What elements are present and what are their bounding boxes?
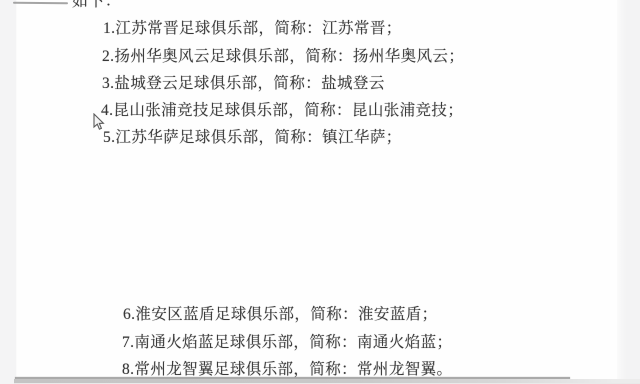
- intro-text: 如下：: [72, 0, 121, 10]
- list-item-3: 3.盐城登云足球俱乐部，简称：盐城登云: [102, 75, 385, 92]
- table-border-fragment: [13, 2, 68, 4]
- mouse-cursor-icon: [92, 113, 105, 131]
- list-item-2: 2.扬州华奥风云足球俱乐部，简称：扬州华奥风云；: [102, 48, 464, 65]
- document-viewer: 如下： 1.江苏常晋足球俱乐部，简称：江苏常晋； 2.扬州华奥风云足球俱乐部，简…: [0, 0, 640, 384]
- list-item-1: 1.江苏常晋足球俱乐部，简称：江苏常晋；: [103, 20, 402, 37]
- list-item-7: 7.南通火焰蓝足球俱乐部，简称：南通火焰蓝；: [122, 334, 452, 351]
- page-margin-right: [617, 0, 640, 384]
- page-margin-left: [0, 0, 17, 384]
- list-item-6: 6.淮安区蓝盾足球俱乐部，简称：淮安蓝盾；: [123, 306, 438, 323]
- list-item-5: 5.江苏华萨足球俱乐部，简称：镇江华萨；: [103, 129, 402, 146]
- list-item-8: 8.常州龙智翼足球俱乐部，简称：常州龙智翼。: [122, 361, 452, 378]
- list-item-4: 4.昆山张浦竞技足球俱乐部，简称：昆山张浦竞技；: [101, 102, 463, 119]
